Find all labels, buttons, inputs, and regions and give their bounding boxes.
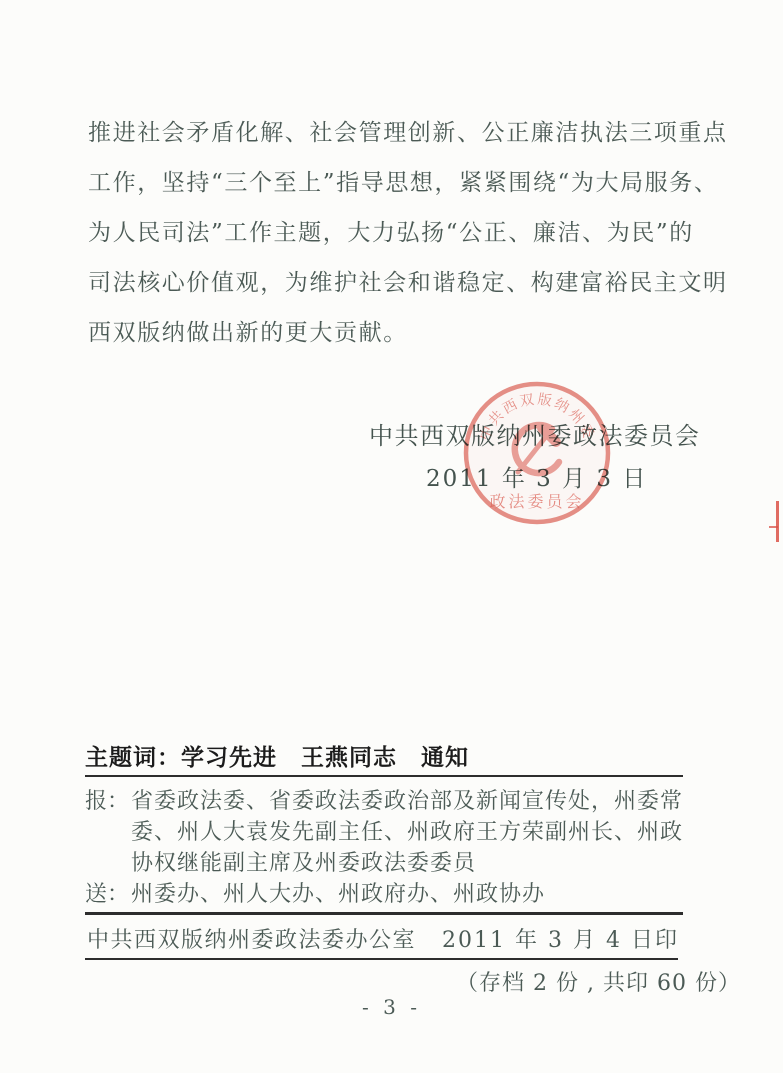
document-page: 推进社会矛盾化解、社会管理创新、公正廉洁执法三项重点 工作，坚持“三个至上”指导… xyxy=(0,0,783,1073)
body-paragraph: 推进社会矛盾化解、社会管理创新、公正廉洁执法三项重点 工作，坚持“三个至上”指导… xyxy=(88,108,688,358)
send-text: 州委办、州人大办、州政府办、州政协办 xyxy=(131,879,545,910)
issuer-row: 中共西双版纳州委政法委办公室 2011 年 3 月 4 日印 xyxy=(85,915,683,958)
report-line: 协权继能副主席及州委政法委委员 xyxy=(131,848,683,879)
subject-line: 主题词：学习先进 王燕同志 通知 xyxy=(85,742,683,774)
print-date: 2011 年 3 月 4 日印 xyxy=(442,923,679,954)
body-line: 工作，坚持“三个至上”指导思想，紧紧围绕“为大局服务、 xyxy=(88,158,688,208)
copies-note: （存档 2 份 , 共印 60 份） xyxy=(85,960,741,997)
red-margin-mark-tick xyxy=(769,526,778,528)
seal-bottom-text: 政法委员会 xyxy=(489,492,584,511)
body-line: 为人民司法”工作主题，大力弘扬“公正、廉洁、为民”的 xyxy=(88,208,688,258)
send-row: 送： 州委办、州人大办、州政府办、州政协办 xyxy=(85,879,683,910)
body-line: 推进社会矛盾化解、社会管理创新、公正廉洁执法三项重点 xyxy=(88,108,688,158)
official-seal: 中共西双版纳州委 政法委员会 xyxy=(459,377,615,529)
report-label: 报： xyxy=(85,786,131,817)
separator-rule xyxy=(85,775,683,777)
report-line: 省委政法委、省委政法委政治部及新闻宣传处，州委常 xyxy=(131,786,683,817)
red-margin-mark xyxy=(776,501,779,542)
send-label: 送： xyxy=(85,879,131,910)
body-line: 西双版纳做出新的更大贡献。 xyxy=(88,308,688,358)
page-number: - 3 - xyxy=(0,995,783,1019)
body-line: 司法核心价值观，为维护社会和谐稳定、构建富裕民主文明 xyxy=(88,258,688,308)
report-row: 报： 省委政法委、省委政法委政治部及新闻宣传处，州委常 委、州人大袁发先副主任、… xyxy=(85,786,683,879)
issuer-name: 中共西双版纳州委政法委办公室 xyxy=(87,923,416,954)
report-lines: 省委政法委、省委政法委政治部及新闻宣传处，州委常 委、州人大袁发先副主任、州政府… xyxy=(131,786,683,879)
report-line: 委、州人大袁发先副主任、州政府王方荣副州长、州政 xyxy=(131,817,683,848)
colophon: 主题词：学习先进 王燕同志 通知 报： 省委政法委、省委政法委政治部及新闻宣传处… xyxy=(85,742,683,997)
